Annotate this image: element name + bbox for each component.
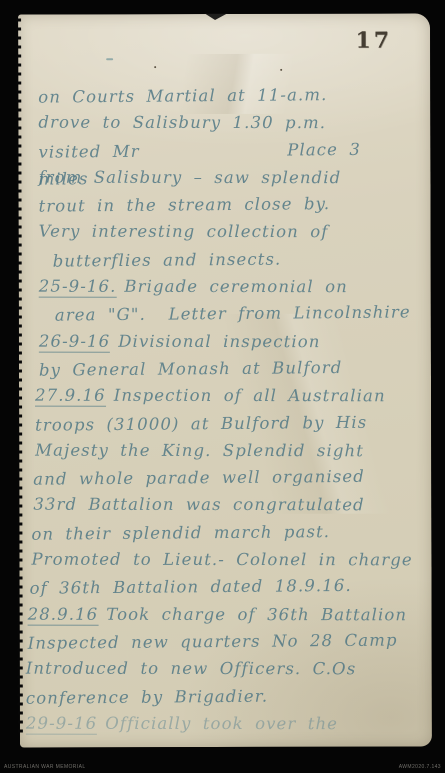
diary-line: 29-9-16Officially took over the	[26, 709, 422, 737]
diary-line: by General Monash at Bulford	[39, 353, 421, 384]
diary-line: conference by Brigadier.	[26, 681, 422, 712]
diary-line: 26-9-16Divisional inspection	[39, 327, 421, 355]
diary-line: Majesty the King. Splendid sight	[35, 437, 421, 465]
diary-line: Promoted to Lieut.- Colonel in charge	[31, 546, 421, 574]
paper-speck	[280, 69, 282, 71]
diary-line: 27.9.16Inspection of all Australian	[35, 382, 421, 410]
scan-background: 17 on Courts Martial at 11-a.m.drove to …	[0, 0, 445, 773]
diary-line: drove to Salisbury 1.30 p.m.	[38, 109, 420, 137]
archive-caption-right: AWM2020.7.143	[399, 764, 441, 770]
page-number-stamp: 17	[355, 28, 392, 54]
diary-page: 17 on Courts Martial at 11-a.m.drove to …	[18, 13, 432, 747]
diary-line: butterflies and insects.	[53, 244, 421, 275]
diary-line: and whole parade well organised	[33, 462, 421, 493]
diary-entry-date: 25-9-16.	[39, 277, 117, 298]
diary-line: on their splendid march past.	[31, 517, 421, 548]
diary-line: 25-9-16.Brigade ceremonial on	[39, 273, 421, 301]
diary-line: of 36th Battalion dated 18.9.16.	[29, 572, 421, 603]
diary-line: trout in the stream close by.	[38, 190, 420, 221]
paper-speck	[154, 66, 156, 68]
diary-entry-date: 29-9-16	[26, 713, 97, 734]
diary-line: 28.9.16Took charge of 36th Battalion	[28, 600, 422, 628]
perforated-edge	[16, 19, 23, 737]
diary-entry-date: 27.9.16	[35, 386, 106, 407]
paper-tear	[204, 13, 228, 20]
diary-line: visited Mr Place 3 miles	[38, 135, 420, 166]
diary-text: on Courts Martial at 11-a.m.drove to Sal…	[38, 81, 422, 737]
diary-line: Inspected new quarters No 28 Camp	[28, 626, 422, 657]
diary-line: on Courts Martial at 11-a.m.	[38, 80, 420, 111]
diary-line: from Salisbury – saw splendid	[38, 164, 420, 192]
diary-line: area "G". Letter from Lincolnshire	[55, 299, 421, 329]
diary-line: Very interesting collection of	[39, 218, 421, 246]
diary-line: 33rd Battalion was congratulated	[33, 491, 421, 519]
diary-entry-date: 26-9-16	[39, 331, 110, 352]
diary-line: Introduced to new Officers. C.Os	[26, 655, 422, 683]
paper-speck	[106, 58, 113, 60]
diary-entry-date: 28.9.16	[28, 604, 99, 625]
archive-caption: AUSTRALIAN WAR MEMORIAL AWM2020.7.143	[0, 764, 445, 770]
archive-caption-left: AUSTRALIAN WAR MEMORIAL	[4, 764, 86, 770]
diary-line: troops (31000) at Bulford by His	[35, 408, 421, 439]
